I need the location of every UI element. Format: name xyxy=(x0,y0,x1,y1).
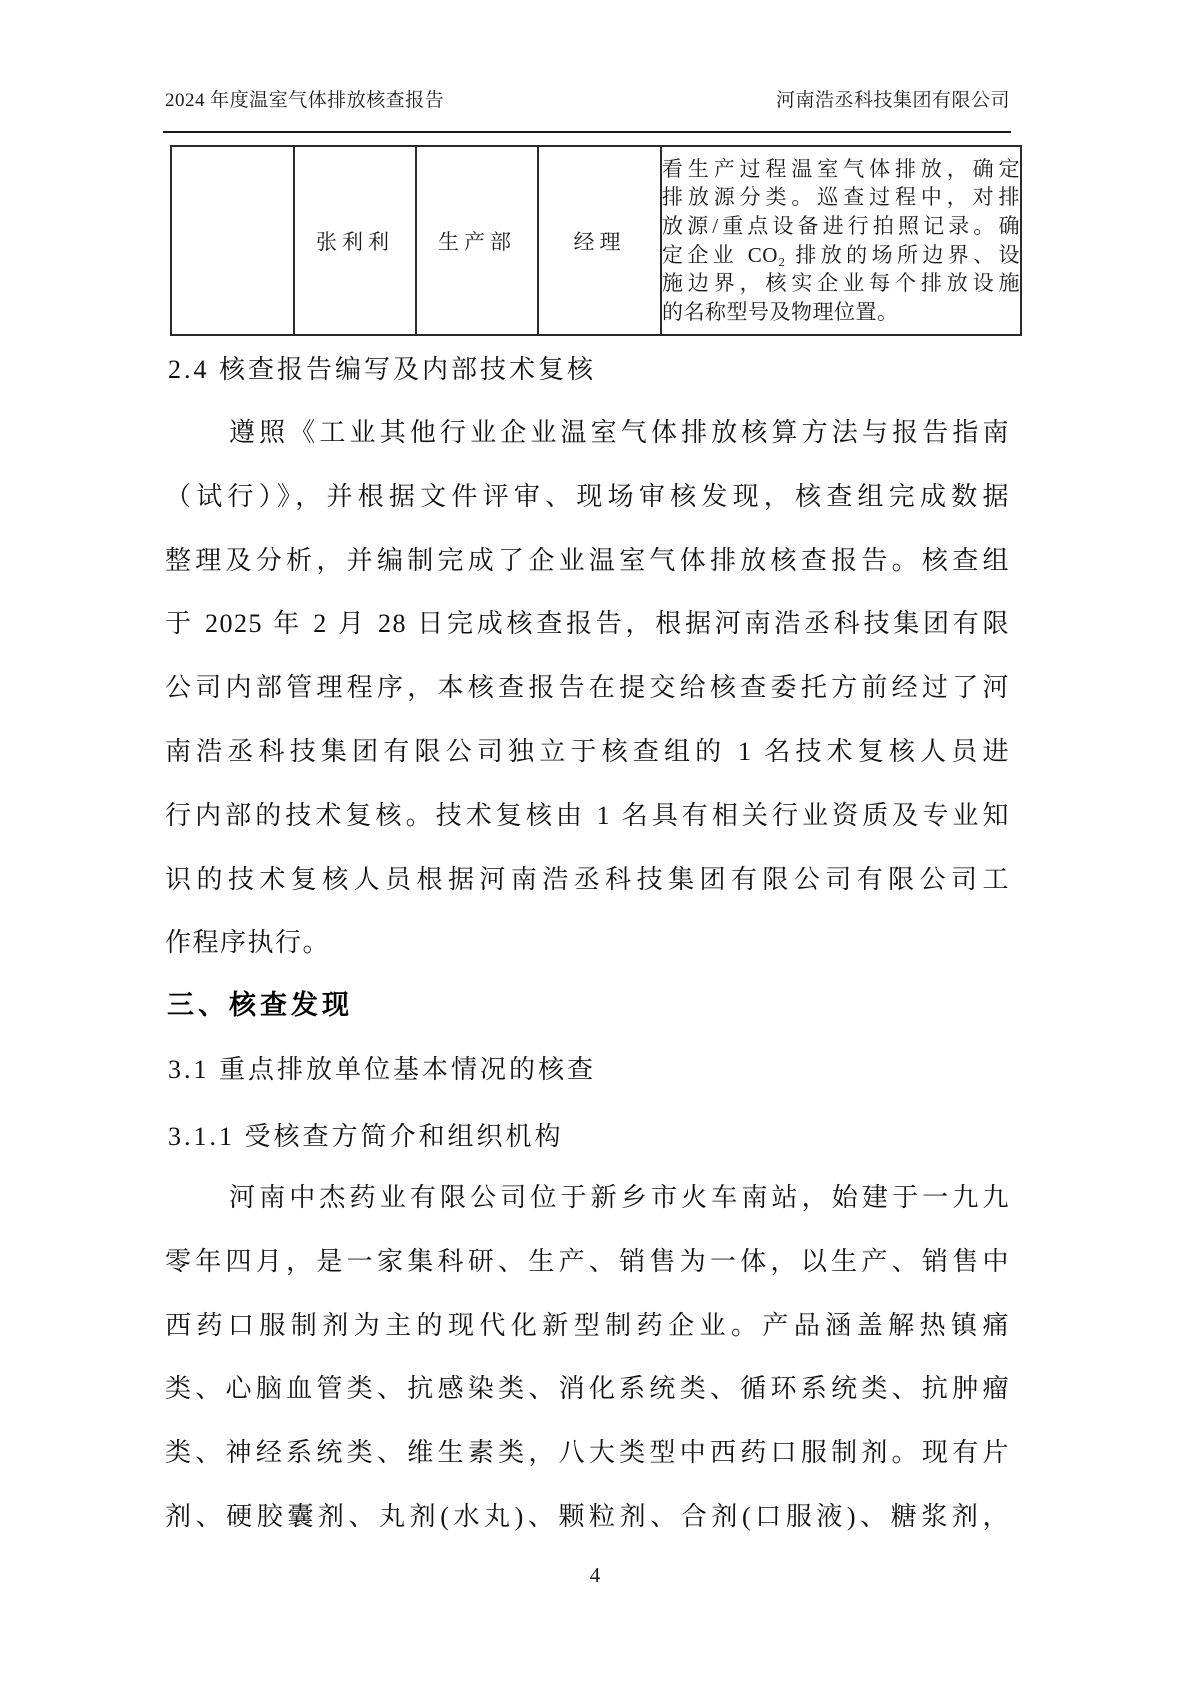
body-line: 西药口服制剂为主的现代化新型制药企业。产品涵盖解热镇痛 xyxy=(165,1294,1010,1358)
duty-line: 排放源分类。巡查过程中，对排 xyxy=(662,183,1020,212)
duty-line: 的名称型号及物理位置。 xyxy=(662,298,1020,327)
body-line: 作程序执行。 xyxy=(165,911,1010,975)
body-line: 于 2025 年 2 月 28 日完成核查报告，根据河南浩丞科技集团有限 xyxy=(165,592,1010,656)
cell-merged-empty xyxy=(171,146,294,335)
page-number: 4 xyxy=(0,1562,1190,1588)
body-line: 零年四月，是一家集科研、生产、销售为一体，以生产、销售中 xyxy=(165,1230,1010,1294)
page-header: 2024 年度温室气体排放核查报告 河南浩丞科技集团有限公司 xyxy=(165,85,1010,112)
heading-section-3-1: 3.1 重点排放单位基本情况的核查 xyxy=(168,1050,596,1090)
duty-line: 看生产过程温室气体排放，确定 xyxy=(662,155,1020,184)
body-line: 河南中杰药业有限公司位于新乡市火车南站，始建于一九九 xyxy=(165,1166,1010,1230)
cell-job-title: 经理 xyxy=(538,146,661,335)
body-line: 剂、硬胶囊剂、丸剂(水丸)、颗粒剂、合剂(口服液)、糖浆剂， xyxy=(165,1485,1010,1549)
heading-section-3-1-1: 3.1.1 受核查方简介和组织机构 xyxy=(168,1117,564,1157)
header-company-name: 河南浩丞科技集团有限公司 xyxy=(776,85,1010,112)
body-line: （试行）》，并根据文件评审、现场审核发现，核查组完成数据 xyxy=(165,465,1010,529)
duty-line: 放源/重点设备进行拍照记录。确 xyxy=(662,212,1020,241)
header-report-title: 2024 年度温室气体排放核查报告 xyxy=(165,85,444,112)
body-line: 类、神经系统类、维生素类，八大类型中西药口服制剂。现有片 xyxy=(165,1421,1010,1485)
cell-duty-description: 看生产过程温室气体排放，确定 排放源分类。巡查过程中，对排 放源/重点设备进行拍… xyxy=(661,146,1021,335)
body-line: 南浩丞科技集团有限公司独立于核查组的 1 名技术复核人员进 xyxy=(165,720,1010,784)
header-rule xyxy=(163,131,1011,133)
body-line: 遵照《工业其他行业企业温室气体排放核算方法与报告指南 xyxy=(165,401,1010,465)
duty-line: 施边界，核实企业每个排放设施 xyxy=(662,269,1020,298)
heading-section-2-4: 2.4 核查报告编写及内部技术复核 xyxy=(168,350,596,390)
heading-section-3: 三、核查发现 xyxy=(167,985,353,1025)
body-line: 行内部的技术复核。技术复核由 1 名具有相关行业资质及专业知 xyxy=(165,784,1010,848)
personnel-duty-table: 张利利 生产部 经理 看生产过程温室气体排放，确定 排放源分类。巡查过程中，对排… xyxy=(170,145,1022,336)
paragraph-verification-report: 遵照《工业其他行业企业温室气体排放核算方法与报告指南 （试行）》，并根据文件评审… xyxy=(165,401,1010,975)
paragraph-company-intro: 河南中杰药业有限公司位于新乡市火车南站，始建于一九九 零年四月，是一家集科研、生… xyxy=(165,1166,1010,1549)
table-row: 张利利 生产部 经理 看生产过程温室气体排放，确定 排放源分类。巡查过程中，对排… xyxy=(171,146,1021,335)
body-line: 识的技术复核人员根据河南浩丞科技集团有限公司有限公司工 xyxy=(165,848,1010,912)
body-line: 类、心脑血管类、抗感染类、消化系统类、循环系统类、抗肿瘤 xyxy=(165,1357,1010,1421)
document-page: 2024 年度温室气体排放核查报告 河南浩丞科技集团有限公司 张利利 生产部 经… xyxy=(0,0,1190,1683)
body-line: 整理及分析，并编制完成了企业温室气体排放核查报告。核查组 xyxy=(165,529,1010,593)
duty-line: 定企业 CO₂ 排放的场所边界、设 xyxy=(662,241,1020,270)
cell-department: 生产部 xyxy=(416,146,538,335)
body-line: 公司内部管理程序，本核查报告在提交给核查委托方前经过了河 xyxy=(165,656,1010,720)
cell-person-name: 张利利 xyxy=(294,146,416,335)
